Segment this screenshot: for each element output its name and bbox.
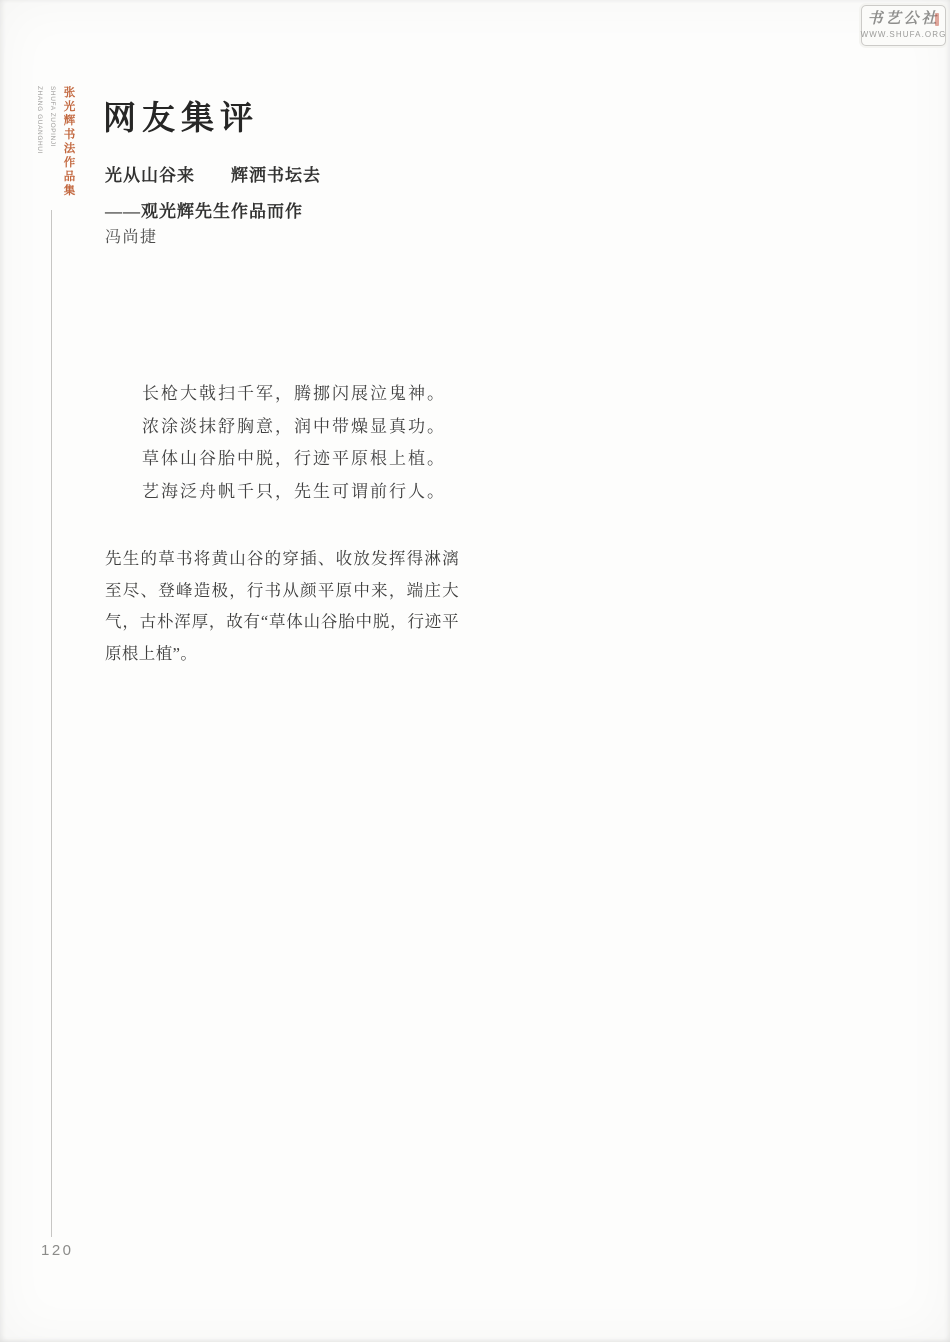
shufa-logo-calligraphy: 书艺公社 bbox=[867, 12, 939, 27]
book-title-pinyin-line2: SHUFA ZUOPINJI bbox=[46, 86, 59, 154]
book-title-pinyin-line1: ZHANG GUANGHUI bbox=[33, 86, 46, 154]
poem-block: 长枪大戟扫千军，腾挪闪展泣鬼神。 浓涂淡抹舒胸意，润中带燥显真功。 草体山谷胎中… bbox=[142, 378, 446, 508]
section-title: 网友集评 bbox=[103, 92, 259, 139]
poem-subtitle: ——观光辉先生作品而作 bbox=[105, 197, 303, 222]
sidebar-book-title: ZHANG GUANGHUI SHUFA ZUOPINJI 张光辉书法作品集 bbox=[33, 86, 74, 198]
shufa-watermark-stamp: 书艺公社 WWW.SHUFA.ORG bbox=[861, 5, 946, 46]
shufa-url: WWW.SHUFA.ORG bbox=[861, 30, 947, 39]
page-number: 120 bbox=[41, 1242, 74, 1259]
book-title-chinese: 张光辉书法作品集 bbox=[62, 86, 74, 198]
poem-line-1: 长枪大戟扫千军，腾挪闪展泣鬼神。 bbox=[142, 378, 446, 411]
commentary-paragraph: 先生的草书将黄山谷的穿插、收放发挥得淋漓至尽、登峰造极，行书从颜平原中来，端庄大… bbox=[105, 543, 459, 669]
book-title-pinyin: ZHANG GUANGHUI SHUFA ZUOPINJI bbox=[33, 86, 59, 154]
poem-line-3: 草体山谷胎中脱，行迹平原根上植。 bbox=[142, 443, 446, 476]
poem-title: 光从山谷来 辉洒书坛去 bbox=[105, 161, 321, 186]
author-name: 冯尚捷 bbox=[105, 224, 158, 247]
poem-line-2: 浓涂淡抹舒胸意，润中带燥显真功。 bbox=[142, 411, 446, 444]
vertical-rule bbox=[51, 210, 52, 1237]
red-seal-icon bbox=[935, 13, 939, 26]
poem-line-4: 艺海泛舟帆千只，先生可谓前行人。 bbox=[142, 476, 446, 509]
